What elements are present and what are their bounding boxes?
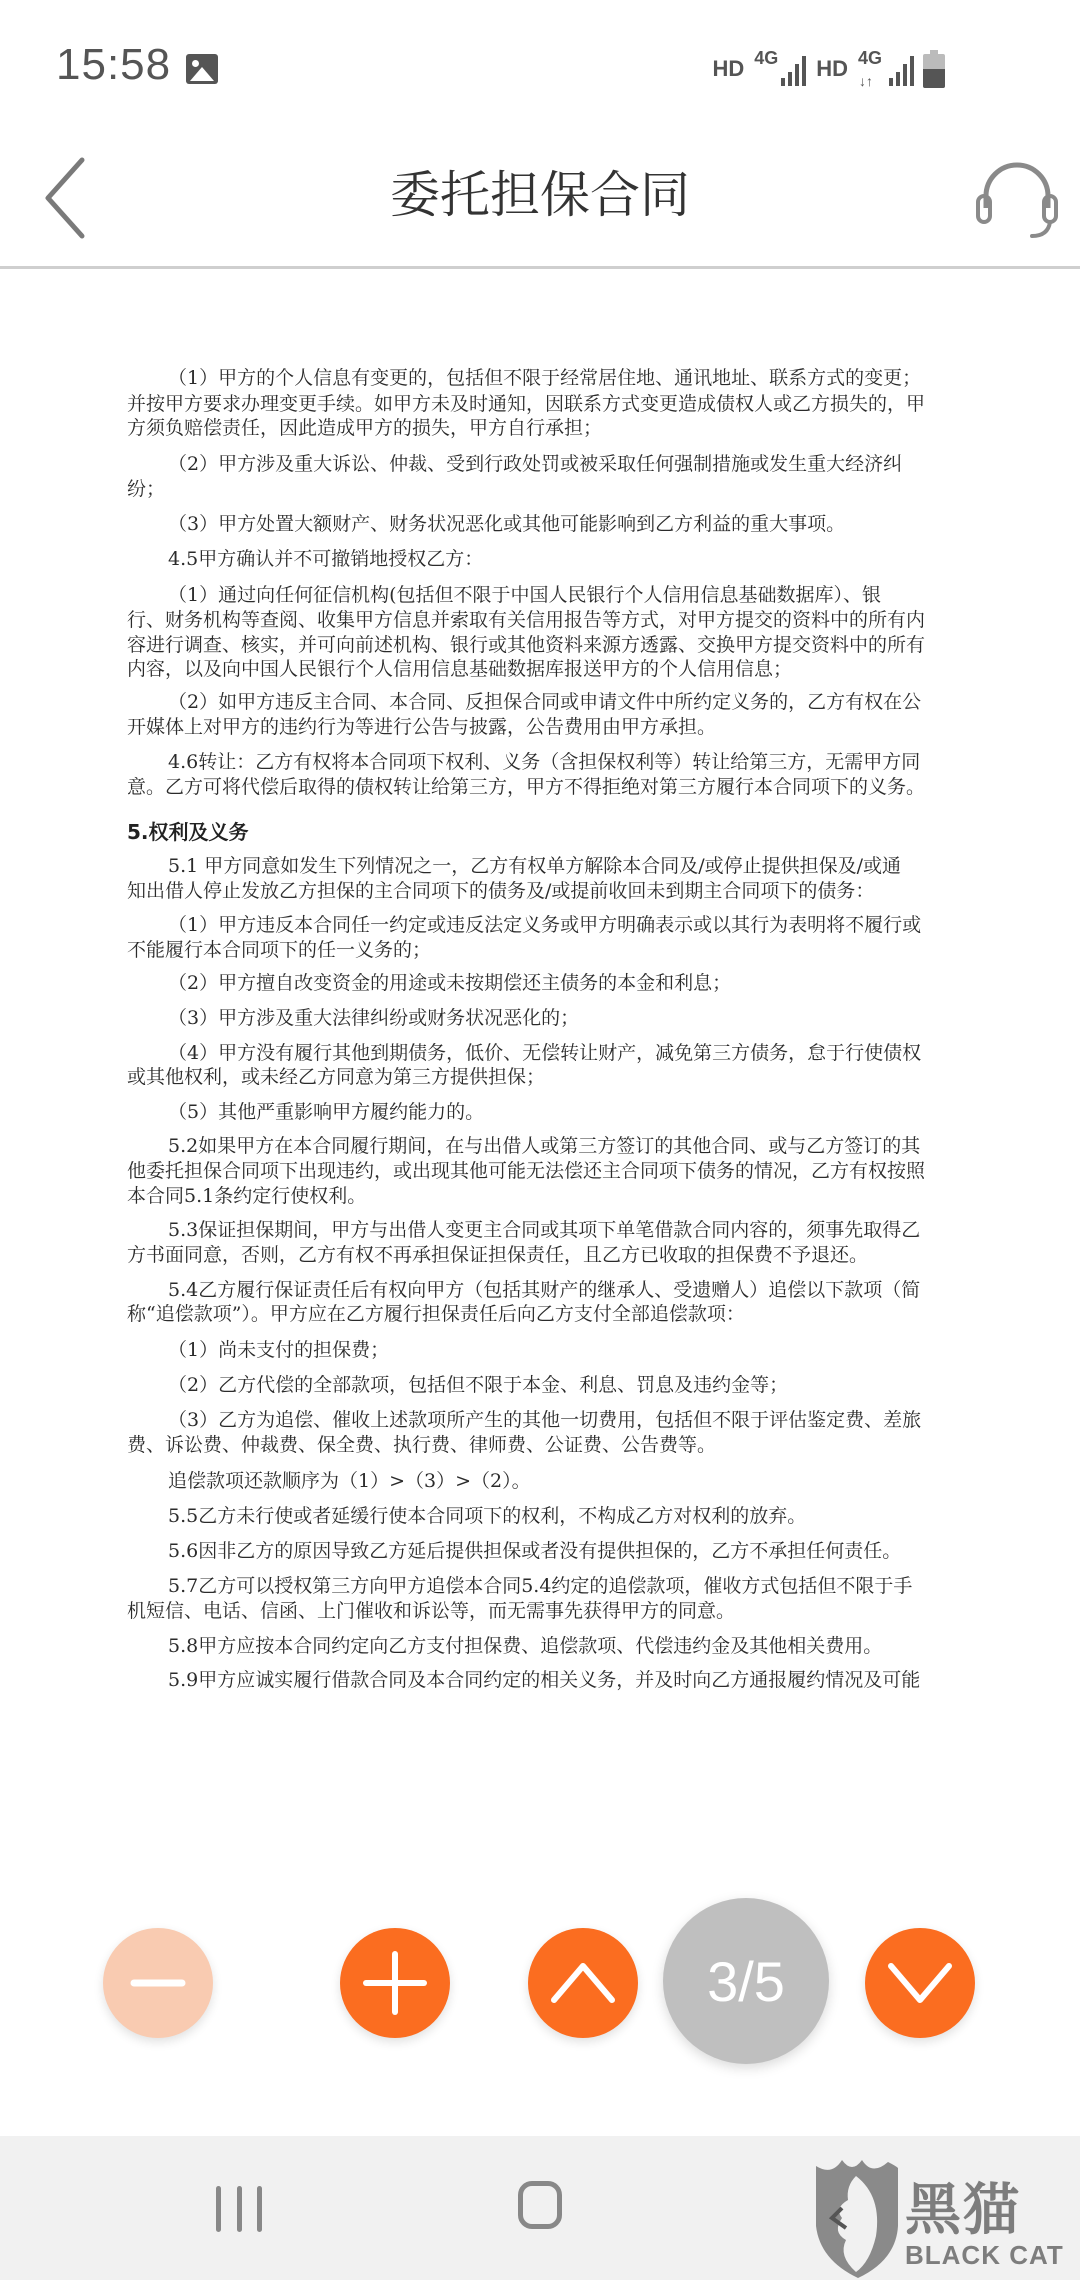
document-text-line: 方须负赔偿责任，因此造成甲方的损失，甲方自行承担；	[127, 416, 602, 440]
plus-icon	[360, 1948, 430, 2018]
headset-icon	[972, 156, 1062, 242]
recent-apps-button[interactable]	[216, 2186, 262, 2232]
document-text-line: 知出借人停止发放乙方担保的主合同项下的债务及/或提前收回未到期主合同项下的债务：	[127, 879, 874, 903]
status-time: 15:58	[56, 40, 171, 90]
document-text-line: 4.6转让：乙方有权将本合同项下权利、义务（含担保权利等）转让给第三方，无需甲方…	[168, 750, 920, 774]
page-indicator-text: 3/5	[707, 1949, 785, 2014]
battery-icon	[923, 50, 945, 88]
document-text-line: 4.5甲方确认并不可撤销地授权乙方：	[168, 547, 483, 571]
document-text-line: 5.9甲方应诚实履行借款合同及本合同约定的相关义务，并及时向乙方通报履约情况及可…	[168, 1668, 920, 1692]
document-text-line: 5.7乙方可以授权第三方向甲方追偿本合同5.4约定的追偿款项，催收方式包括但不限…	[168, 1574, 912, 1598]
signal-icon-sim2: 4G ↓↑	[858, 48, 910, 88]
hd-label-sim1: HD	[712, 56, 744, 82]
document-text-line: 开媒体上对甲方的违约行为等进行公告与披露，公告费用由甲方承担。	[127, 715, 716, 739]
document-text-line: 方书面同意，否则，乙方有权不再承担保证担保责任，且乙方已收取的担保费不予退还。	[127, 1243, 868, 1267]
document-text-line: （2）乙方代偿的全部款项，包括但不限于本金、利息、罚息及违约金等；	[168, 1373, 788, 1397]
recent-apps-icon	[216, 2186, 221, 2232]
document-text-line: （2）甲方涉及重大诉讼、仲裁、受到行政处罚或被采取任何强制措施或发生重大经济纠	[168, 452, 902, 476]
app-header: 委托担保合同	[0, 130, 1080, 269]
signal-icon-sim1: 4G	[754, 48, 806, 88]
contract-document-page[interactable]: （1）甲方的个人信息有变更的，包括但不限于经常居住地、通讯地址、联系方式的变更；…	[0, 269, 1080, 1869]
data-arrows-icon: ↓↑	[859, 74, 873, 88]
hd-label-sim2: HD	[816, 56, 848, 82]
document-text-line: （2）如甲方违反主合同、本合同、反担保合同或申请文件中所约定义务的，乙方有权在公	[168, 690, 921, 714]
blackcat-watermark: 黑猫 BLACK CAT	[812, 2156, 1080, 2280]
document-text-line: 内容，以及向中国人民银行个人信用信息基础数据库报送甲方的个人信用信息；	[127, 657, 792, 681]
system-nav-bar: 黑猫 BLACK CAT	[0, 2136, 1080, 2280]
document-text-line: （3）甲方处置大额财产、财务状况恶化或其他可能影响到乙方利益的重大事项。	[168, 512, 845, 536]
document-text-line: 5.3保证担保期间，甲方与出借人变更主合同或其项下单笔借款合同内容的，须事先取得…	[168, 1218, 920, 1242]
next-page-button[interactable]	[865, 1928, 975, 2038]
home-button[interactable]	[518, 2181, 562, 2229]
document-text-line: （1）甲方的个人信息有变更的，包括但不限于经常居住地、通讯地址、联系方式的变更；	[168, 366, 921, 390]
cat-shield-logo-icon	[812, 2156, 902, 2280]
gallery-icon	[186, 54, 218, 84]
watermark-en: BLACK CAT	[905, 2240, 1064, 2271]
chevron-up-icon	[548, 1958, 618, 2008]
previous-page-button[interactable]	[528, 1928, 638, 2038]
document-text-line: 5.4乙方履行保证责任后有权向甲方（包括其财产的继承人、受遗赠人）追偿以下款项（…	[168, 1278, 920, 1302]
document-text-line: 称“追偿款项”）。甲方应在乙方履行担保责任后向乙方支付全部追偿款项：	[127, 1302, 745, 1326]
document-text-line: 容进行调查、核实，并可向前述机构、银行或其他资料来源方透露、交换甲方提交资料中的…	[127, 633, 925, 657]
status-indicators: HD 4G HD 4G ↓↑	[712, 48, 910, 88]
minus-icon	[128, 1953, 188, 2013]
document-text-line: 费、诉讼费、仲裁费、保全费、执行费、律师费、公证费、公告费等。	[127, 1433, 716, 1457]
document-text-line: （2）甲方擅自改变资金的用途或未按期偿还主债务的本金和利息；	[168, 971, 731, 995]
document-text-line: 纷；	[127, 477, 165, 501]
document-text-line: 本合同5.1条约定行使权利。	[127, 1184, 366, 1208]
document-text-line: 机短信、电话、信函、上门催收和诉讼等，而无需事先获得甲方的同意。	[127, 1599, 735, 1623]
status-bar: 15:58 HD 4G HD 4G ↓↑	[0, 0, 1080, 130]
document-text-line: （1）尚未支付的担保费；	[168, 1338, 389, 1362]
document-text-line: （3）乙方为追偿、催收上述款项所产生的其他一切费用，包括但不限于评估鉴定费、差旅	[168, 1408, 921, 1432]
document-text-line: 行、财务机构等查阅、收集甲方信息并索取有关信用报告等方式，对甲方提交的资料中的所…	[127, 608, 925, 632]
document-text-line: （3）甲方涉及重大法律纠纷或财务状况恶化的；	[168, 1006, 579, 1030]
document-text-line: 不能履行本合同项下的任一义务的；	[127, 938, 431, 962]
document-text-line: 5.1 甲方同意如发生下列情况之一，乙方有权单方解除本合同及/或停止提供担保及/…	[168, 854, 901, 878]
document-text-line: 意。乙方可将代偿后取得的债权转让给第三方，甲方不得拒绝对第三方履行本合同项下的义…	[127, 775, 925, 799]
document-text-line: （4）甲方没有履行其他到期债务，低价、无偿转让财产，减免第三方债务，怠于行使债权	[168, 1041, 921, 1065]
customer-service-button[interactable]	[972, 156, 1062, 242]
section-heading: 5.权利及义务	[127, 820, 249, 844]
zoom-out-button[interactable]	[103, 1928, 213, 2038]
document-text-line: （5）其他严重影响甲方履约能力的。	[168, 1100, 484, 1124]
document-text-line: （1）甲方违反本合同任一约定或违反法定义务或甲方明确表示或以其行为表明将不履行或	[168, 913, 921, 937]
document-text-line: 5.5乙方未行使或者延缓行使本合同项下的权利，不构成乙方对权利的放弃。	[168, 1504, 806, 1528]
document-text-line: （1）通过向任何征信机构(包括但不限于中国人民银行个人信用信息基础数据库）、银	[168, 583, 881, 607]
watermark-cn: 黑猫	[905, 2166, 1021, 2246]
document-text-line: 或其他权利，或未经乙方同意为第三方提供担保；	[127, 1065, 545, 1089]
page-indicator: 3/5	[663, 1898, 829, 2064]
document-text-line: 5.8甲方应按本合同约定向乙方支付担保费、追偿款项、代偿违约金及其他相关费用。	[168, 1634, 882, 1658]
document-text-line: 5.2如果甲方在本合同履行期间，在与出借人或第三方签订的其他合同、或与乙方签订的…	[168, 1134, 920, 1158]
document-text-line: 追偿款项还款顺序为（1）>（3）>（2）。	[168, 1469, 531, 1493]
chevron-down-icon	[885, 1958, 955, 2008]
page-title: 委托担保合同	[0, 160, 1080, 230]
document-text-line: 他委托担保合同项下出现违约，或出现其他可能无法偿还主合同项下债务的情况，乙方有权…	[127, 1159, 925, 1183]
document-text-line: 5.6因非乙方的原因导致乙方延后提供担保或者没有提供担保的，乙方不承担任何责任。	[168, 1539, 901, 1563]
zoom-in-button[interactable]	[340, 1928, 450, 2038]
document-text-line: 并按甲方要求办理变更手续。如甲方未及时通知，因联系方式变更造成债权人或乙方损失的…	[127, 392, 925, 416]
